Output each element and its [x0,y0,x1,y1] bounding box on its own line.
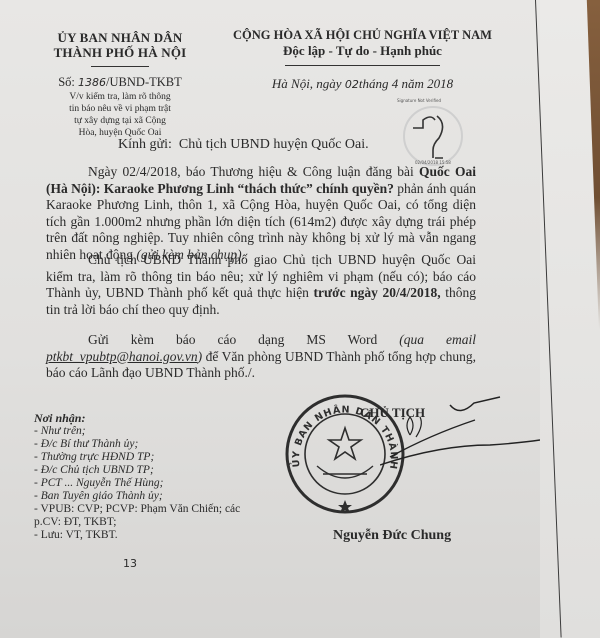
recipient-item: - Ban Tuyên giáo Thành ủy; [34,490,294,503]
body-paragraph-3: Gửi kèm báo cáo dạng MS Word (qua email … [46,332,476,382]
recipient-item: - Đ/c Bí thư Thành ủy; [34,438,294,451]
recipient-item: - PCT ... Nguyễn Thế Hùng; [34,477,294,490]
handwritten-number: 1386 [78,76,106,89]
handwritten-page-mark: 13 [123,557,137,570]
national-motto-line2: Độc lập - Tự do - Hạnh phúc [230,43,495,59]
recipient-item: - Đ/c Chủ tịch UBND TP; [34,464,294,477]
signer-name: Nguyễn Đức Chung [333,528,451,544]
issuer-line1: ỦY BAN NHÂN DÂN [20,30,220,45]
issuer-divider [91,66,149,67]
body-paragraph-2: Chủ tịch UBND Thành phố giao Chủ tịch UB… [46,252,476,318]
digital-signature-mark: Signature Not Verified 02/04/2018 15:58 [395,98,465,168]
recipient-item: - Lưu: VT, TKBT. [34,529,294,542]
recipients-title: Nơi nhận: [34,412,294,425]
subject-summary: V/v kiểm tra, làm rõ thông tin báo nêu v… [20,91,220,139]
addressee: Chủ tịch UBND huyện Quốc Oai. [179,137,369,152]
issuer-header: ỦY BAN NHÂN DÂN THÀNH PHỐ HÀ NỘI Số: 138… [20,30,220,139]
addressee-line: Kính gửi: Chủ tịch UBND huyện Quốc Oai. [118,137,369,153]
recipients-block: Nơi nhận: - Như trên; - Đ/c Bí thư Thành… [34,412,294,542]
deadline: trước ngày 20/4/2018, [314,285,441,300]
national-divider [285,65,440,66]
recipient-item: - Thường trực HĐND TP; [34,451,294,464]
signer-title: CHỦ TỊCH [360,405,425,421]
document-number: Số: 1386/UBND-TKBT [20,75,220,90]
document-date: Hà Nội, ngày 02tháng 4 năm 2018 [230,76,495,92]
body-paragraph-1: Ngày 02/4/2018, báo Thương hiệu & Công l… [46,164,476,263]
recipient-item: - VPUB: CVP; PCVP: Phạm Văn Chiến; các [34,503,294,516]
national-header: CỘNG HÒA XÃ HỘI CHỦ NGHĨA VIỆT NAM Độc l… [230,28,495,92]
signature-scribble-icon [409,110,453,160]
recipient-item: p.CV: ĐT, TKBT; [34,516,294,529]
issuer-line2: THÀNH PHỐ HÀ NỘI [20,45,220,60]
recipient-item: - Như trên; [34,425,294,438]
national-motto-line1: CỘNG HÒA XÃ HỘI CHỦ NGHĨA VIỆT NAM [230,28,495,43]
email-link[interactable]: ptkbt_vpubtp@hanoi.gov.vn [46,349,198,364]
